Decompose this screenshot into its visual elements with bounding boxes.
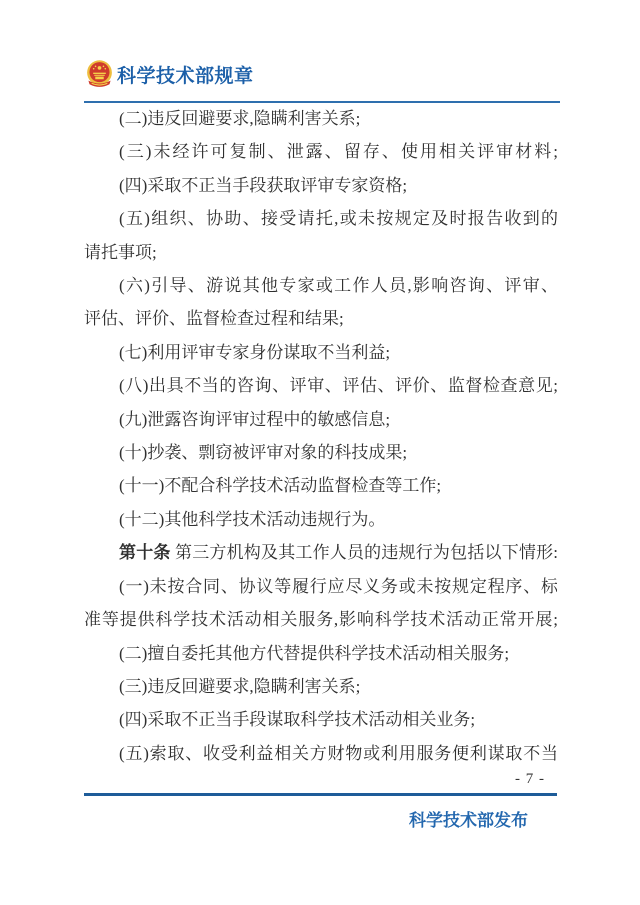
line-text: (十一)不配合科学技术活动监督检查等工作; (119, 476, 441, 495)
document-line: (三)未经许可复制、泄露、留存、使用相关评审材料; (84, 135, 557, 168)
line-text: (二)擅自委托其他方代替提供科学技术活动相关服务; (119, 644, 509, 663)
page-number: - 7 - (515, 771, 545, 788)
line-text: (三)未经许可复制、泄露、留存、使用相关评审材料; (119, 142, 557, 161)
line-text: (五)组织、协助、接受请托,或未按规定及时报告收到的 (119, 209, 557, 228)
line-text: (六)引导、游说其他专家或工作人员,影响咨询、评审、 (119, 276, 557, 295)
line-text: 评估、评价、监督检查过程和结果; (84, 309, 344, 328)
line-text: (十二)其他科学技术活动违规行为。 (119, 510, 385, 529)
line-text: (七)利用评审专家身份谋取不当利益; (119, 343, 390, 362)
document-line: (十)抄袭、剽窃被评审对象的科技成果; (84, 436, 557, 469)
document-line: (六)引导、游说其他专家或工作人员,影响咨询、评审、 (84, 269, 557, 302)
document-page: 科学技术部规章 (二)违反回避要求,隐瞒利害关系;(三)未经许可复制、泄露、留存… (0, 0, 640, 905)
document-line: 准等提供科学技术活动相关服务,影响科学技术活动正常开展; (84, 603, 557, 636)
header-title: 科学技术部规章 (117, 61, 254, 88)
line-text: (二)违反回避要求,隐瞒利害关系; (119, 109, 360, 128)
document-line: (十二)其他科学技术活动违规行为。 (84, 503, 557, 536)
footer-divider (84, 793, 557, 796)
line-text: (九)泄露咨询评审过程中的敏感信息; (119, 410, 390, 429)
line-text: (十)抄袭、剽窃被评审对象的科技成果; (119, 443, 407, 462)
document-line: (二)擅自委托其他方代替提供科学技术活动相关服务; (84, 637, 557, 670)
document-line: 请托事项; (84, 236, 557, 269)
document-line: (三)违反回避要求,隐瞒利害关系; (84, 670, 557, 703)
document-line: (四)采取不正当手段获取评审专家资格; (84, 169, 557, 202)
document-line: 第十条 第三方机构及其工作人员的违规行为包括以下情形: (84, 536, 557, 569)
document-line: (十一)不配合科学技术活动监督检查等工作; (84, 469, 557, 502)
line-text: 第三方机构及其工作人员的违规行为包括以下情形: (171, 543, 557, 562)
publisher-label: 科学技术部发布 (409, 806, 528, 831)
line-text: (一)未按合同、协议等履行应尽义务或未按规定程序、标 (119, 577, 557, 596)
line-text: 准等提供科学技术活动相关服务,影响科学技术活动正常开展; (84, 610, 557, 629)
document-line: (五)索取、收受利益相关方财物或利用服务便利谋取不当 (84, 737, 557, 770)
document-line: (二)违反回避要求,隐瞒利害关系; (84, 102, 557, 135)
article-term: 第十条 (119, 543, 171, 562)
national-emblem-icon (86, 60, 113, 89)
document-body: (二)违反回避要求,隐瞒利害关系;(三)未经许可复制、泄露、留存、使用相关评审材… (84, 102, 557, 770)
document-line: (九)泄露咨询评审过程中的敏感信息; (84, 403, 557, 436)
line-text: (四)采取不正当手段谋取科学技术活动相关业务; (119, 710, 475, 729)
document-line: (五)组织、协助、接受请托,或未按规定及时报告收到的 (84, 202, 557, 235)
document-line: (七)利用评审专家身份谋取不当利益; (84, 336, 557, 369)
document-line: (四)采取不正当手段谋取科学技术活动相关业务; (84, 703, 557, 736)
line-text: (五)索取、收受利益相关方财物或利用服务便利谋取不当 (119, 744, 557, 763)
document-line: 评估、评价、监督检查过程和结果; (84, 302, 557, 335)
document-line: (一)未按合同、协议等履行应尽义务或未按规定程序、标 (84, 570, 557, 603)
document-line: (八)出具不当的咨询、评审、评估、评价、监督检查意见; (84, 369, 557, 402)
line-text: (四)采取不正当手段获取评审专家资格; (119, 176, 407, 195)
line-text: (三)违反回避要求,隐瞒利害关系; (119, 677, 360, 696)
line-text: 请托事项; (84, 243, 157, 262)
line-text: (八)出具不当的咨询、评审、评估、评价、监督检查意见; (119, 376, 557, 395)
